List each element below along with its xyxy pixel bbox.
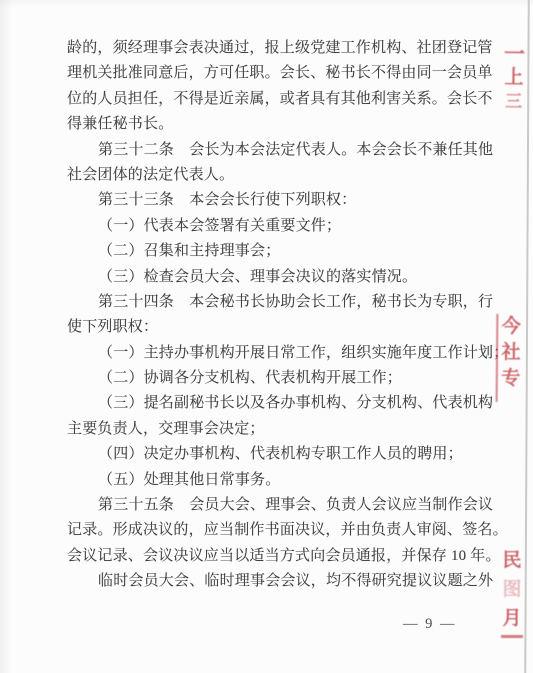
doc-line: 得兼任秘书长。 bbox=[67, 112, 473, 137]
doc-line: 临时会员大会、临时理事会会议，均不得研究提议议题之外 bbox=[67, 569, 473, 594]
seal-character: 今 bbox=[500, 314, 522, 340]
seal-character: 月 bbox=[501, 604, 523, 633]
doc-line: （三）提名副秘书长以及各办事机构、分支机构、代表机构 bbox=[67, 391, 473, 416]
doc-line: （三）检查会员大会、理事会决议的落实情况。 bbox=[67, 265, 473, 290]
doc-line: （五）处理其他日常事务。 bbox=[67, 468, 473, 493]
doc-line: 记录。形成决议的，应当制作书面决议，并由负责人审阅、签名。 bbox=[67, 518, 473, 543]
doc-line: （一）代表本会签署有关重要文件； bbox=[67, 214, 473, 239]
seal-character: 上 bbox=[503, 66, 525, 90]
seal-fragment-group-bottom: 民 图 月 bbox=[501, 546, 523, 638]
seal-fragment-group-top: 一 上 三 bbox=[502, 42, 525, 114]
doc-line: 第三十四条 本会秘书长协助会长工作，秘书长为专职，行 bbox=[67, 290, 473, 315]
doc-line: 第三十二条 会长为本会法定代表人。本会会长不兼任其他 bbox=[67, 138, 473, 163]
doc-line: 社会团体的法定代表人。 bbox=[67, 163, 473, 188]
doc-line: 使下列职权： bbox=[67, 315, 473, 340]
scan-left-shade bbox=[0, 0, 12, 673]
doc-line: （二）协调各分支机构、代表机构开展工作； bbox=[67, 366, 473, 391]
document-page: 龄的，须经理事会表决通过，报上级党建工作机构、社团登记管 理机关批准同意后，方可… bbox=[0, 0, 533, 673]
document-lines: 龄的，须经理事会表决通过，报上级党建工作机构、社团登记管 理机关批准同意后，方可… bbox=[67, 36, 473, 595]
page-number: — 9 — bbox=[403, 616, 457, 633]
seal-fragment-group-middle: 今 社 专 bbox=[496, 314, 523, 402]
seal-character: 图 bbox=[501, 575, 523, 604]
doc-line: 理机关批准同意后，方可任职。会长、秘书长不得由同一会员单 bbox=[67, 61, 473, 86]
doc-line: 龄的，须经理事会表决通过，报上级党建工作机构、社团登记管 bbox=[67, 36, 473, 61]
doc-line: （二）召集和主持理事会； bbox=[67, 239, 473, 264]
doc-line: 主要负责人，交理事会决定； bbox=[67, 417, 473, 442]
doc-line: 位的人员担任，不得是近亲属，或者具有其他利害关系。会长不 bbox=[67, 87, 473, 112]
doc-line: 第三十五条 会员大会、理事会、负责人会议应当制作会议 bbox=[67, 493, 473, 518]
doc-line: 会议记录、会议决议应当以适当方式向会员通报，并保存 10 年。 bbox=[67, 544, 473, 569]
doc-line: （四）决定办事机构、代表机构专职工作人员的聘用； bbox=[67, 442, 473, 467]
seal-character: 社 bbox=[500, 340, 522, 366]
doc-line: （一）主持办事机构开展日常工作，组织实施年度工作计划； bbox=[67, 341, 473, 366]
seal-character: 三 bbox=[502, 90, 524, 114]
doc-line: 第三十三条 本会会长行使下列职权： bbox=[67, 188, 473, 213]
seal-character: 专 bbox=[500, 366, 522, 392]
seal-character: 民 bbox=[501, 546, 523, 575]
scan-top-shade bbox=[0, 0, 533, 8]
seal-character: 一 bbox=[503, 42, 525, 66]
paper-edge-line bbox=[524, 0, 529, 673]
